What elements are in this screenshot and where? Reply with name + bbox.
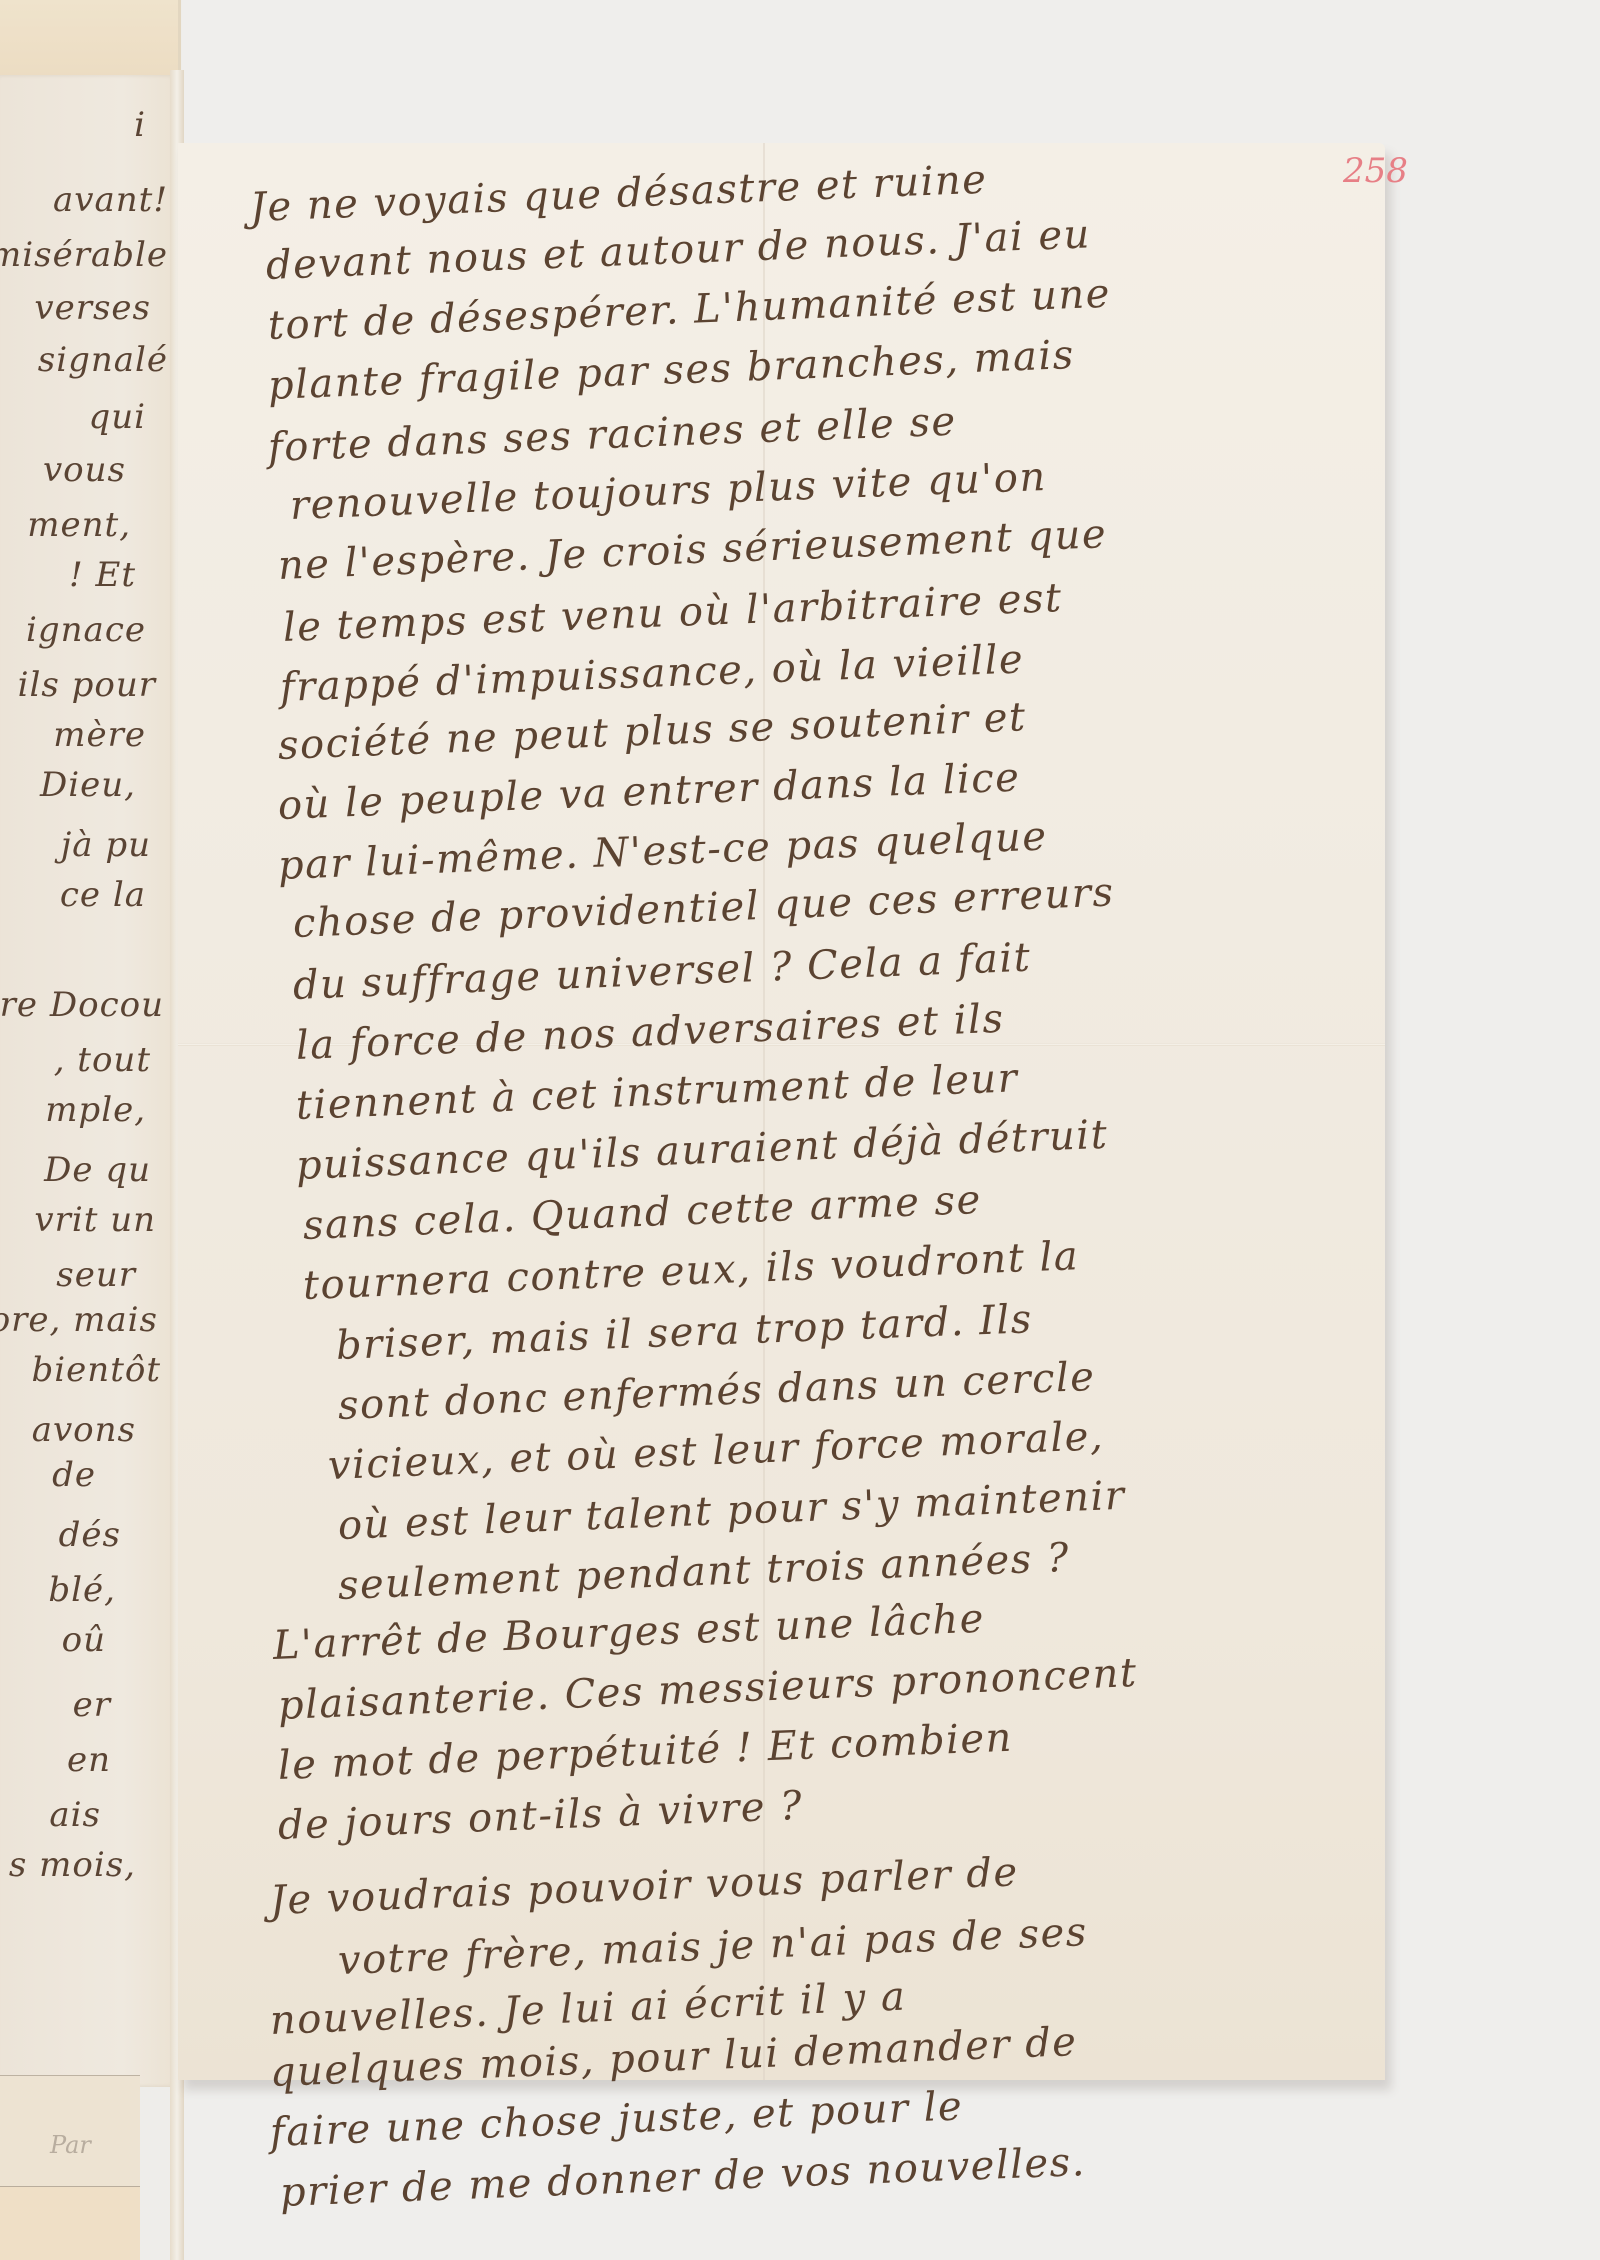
letter-line: la force de nos adversaires et ils — [295, 996, 1005, 1069]
left-line: dés — [59, 1515, 121, 1555]
left-line: de — [52, 1455, 96, 1495]
left-line: vous — [43, 450, 126, 490]
letter-line: le mot de perpétuité ! Et combien — [277, 1715, 1013, 1789]
letter-line: forte dans ses racines et elle se — [267, 399, 957, 471]
bottom-flap — [0, 2186, 140, 2260]
folio-number: 258 — [1343, 151, 1408, 191]
left-line: signalé — [38, 340, 168, 380]
left-line: , tout — [54, 1040, 151, 1080]
left-line: avons — [32, 1410, 136, 1450]
left-line: avant! — [53, 180, 168, 220]
left-line: bientôt — [32, 1350, 161, 1390]
left-line: misérable — [0, 235, 168, 275]
left-line: jà pu — [61, 825, 151, 865]
left-line: en — [67, 1740, 111, 1780]
right-page: 258 Je ne voyais que désastre et ruine d… — [178, 143, 1385, 2080]
left-line: ignace — [26, 610, 146, 650]
left-line: ore, mais — [0, 1300, 158, 1340]
left-line: ils pour — [18, 665, 156, 705]
bottom-flaps: Par — [0, 2075, 140, 2260]
left-line: blé, — [48, 1570, 116, 1610]
left-line: ce la — [60, 875, 146, 915]
letter-line: de jours ont-ils à vivre ? — [277, 1783, 804, 1849]
left-line: i — [134, 105, 146, 145]
letter-line: Je voudrais pouvoir vous parler de — [269, 1849, 1019, 1924]
left-line: mple, — [45, 1090, 146, 1130]
left-line: seur — [56, 1255, 136, 1295]
letter-line: votre frère, mais je n'ai pas de ses — [337, 1909, 1088, 1984]
left-line: Dieu, — [40, 765, 136, 805]
left-line: verses — [34, 288, 151, 328]
left-line: oû — [62, 1620, 106, 1660]
letter-line: sans cela. Quand cette arme se — [302, 1177, 982, 1249]
letter-line: tiennent à cet instrument de leur — [295, 1055, 1019, 1129]
letter-line: briser, mais il sera trop tard. Ils — [335, 1296, 1033, 1369]
letter-line: du suffrage universel ? Cela a fait — [292, 935, 1032, 1009]
left-line: ment, — [27, 505, 131, 545]
left-line: mère — [53, 715, 146, 755]
left-page: i avant! misérable verses signalé qui vo… — [0, 75, 176, 2087]
pencil-note: Par — [50, 2131, 91, 2159]
left-line: De qu — [44, 1150, 151, 1190]
left-line: s mois, — [9, 1845, 136, 1885]
left-line: ais — [49, 1795, 101, 1835]
left-line: ire Docou — [0, 985, 164, 1025]
envelope-flap-top — [0, 0, 181, 80]
left-line: qui — [88, 397, 146, 437]
left-line: vrit un — [34, 1200, 156, 1240]
left-line: er — [73, 1685, 111, 1725]
left-line: ! Et — [69, 555, 136, 595]
